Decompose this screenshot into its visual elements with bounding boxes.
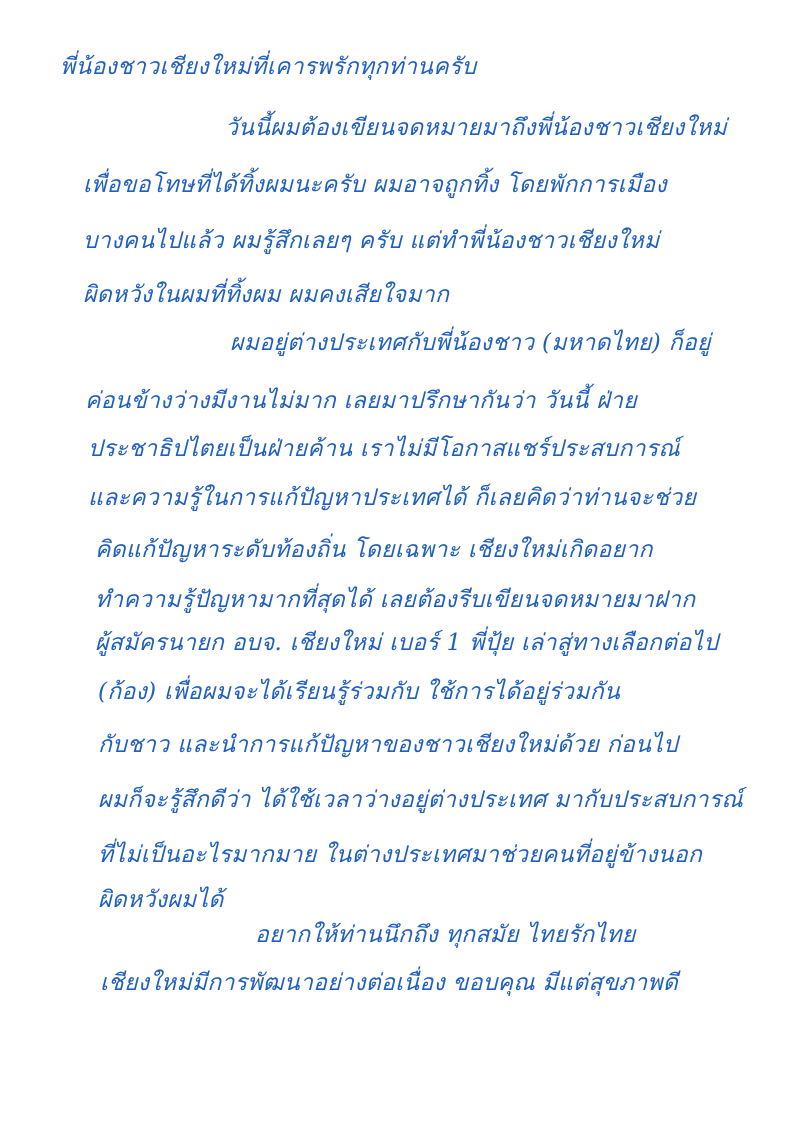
letter-line: ผิดหวังผมได้ <box>98 885 224 915</box>
letter-line: ค่อนข้างว่างมีงานไม่มาก เลยมาปรึกษากันว่… <box>85 386 637 416</box>
letter-line: ทำความรู้ปัญหามากที่สุดได้ เลยต้องรีบเขี… <box>95 585 695 615</box>
letter-line: อยากให้ท่านนึกถึง ทุกสมัย ไทยรักไทย <box>255 920 636 950</box>
salutation-line: พี่น้องชาวเชียงใหม่ที่เคารพรักทุกท่านครั… <box>60 52 476 82</box>
letter-line: ที่ไม่เป็นอะไรมากมาย ในต่างประเทศมาช่วยค… <box>98 840 702 870</box>
letter-line: ผมก็จะรู้สึกดีว่า ได้ใช้เวลาว่างอยู่ต่าง… <box>98 785 743 815</box>
letter-line: วันนี้ผมต้องเขียนจดหมายมาถึงพี่น้องชาวเช… <box>225 113 727 143</box>
letter-line: บางคนไปแล้ว ผมรู้สึกเลยๆ ครับ แต่ทำพี่น้… <box>83 226 659 256</box>
letter-line: คิดแก้ปัญหาระดับท้องถิ่น โดยเฉพาะ เชียงใ… <box>95 535 653 565</box>
letter-line: และความรู้ในการแก้ปัญหาประเทศได้ ก็เลยคิ… <box>88 483 696 513</box>
letter-line: กับชาว และนำการแก้ปัญหาของชาวเชียงใหม่ด้… <box>98 730 678 760</box>
letter-line: ประชาธิปไตยเป็นฝ่ายค้าน เราไม่มีโอกาสแชร… <box>88 434 680 464</box>
letter-line: (ก้อง) เพื่อผมจะได้เรียนรู้ร่วมกับ ใช้กา… <box>98 677 620 707</box>
letter-line: ผมอยู่ต่างประเทศกับพี่น้องชาว (มหาดไทย) … <box>230 328 711 358</box>
letter-page: พี่น้องชาวเชียงใหม่ที่เคารพรักทุกท่านครั… <box>0 0 800 1130</box>
letter-line: เพื่อขอโทษที่ได้ทิ้งผมนะครับ ผมอาจถูกทิ้… <box>83 170 667 200</box>
letter-line: ผู้สมัครนายก อบจ. เชียงใหม่ เบอร์ 1 พี่ป… <box>95 628 718 658</box>
closing-line: เชียงใหม่มีการพัฒนาอย่างต่อเนื่อง ขอบคุณ… <box>100 968 678 998</box>
letter-line: ผิดหวังในผมที่ทิ้งผม ผมคงเสียใจมาก <box>83 280 449 310</box>
